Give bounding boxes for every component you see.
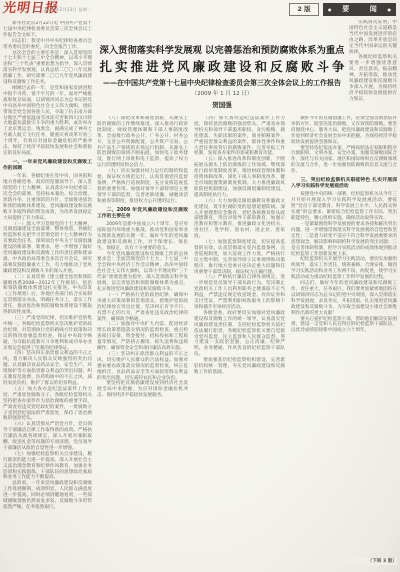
section-heading: 一、一年来党风廉政建设和反腐败工作的回顾 (3, 160, 92, 172)
section-heading: 二、2009 年党风廉政建设和反腐败工作的主要任务 (97, 208, 188, 220)
body-paragraph: 要坚持把反腐倡廉建设放到经济社会发展全局中来把握，为应对国际金融危机冲击、保持经… (97, 381, 188, 399)
body-paragraph: （二）认真贯彻《建立健全惩治和预防腐败体系2008—2012年工作规划》，惩治和… (3, 275, 92, 316)
body-paragraph: （三）严肃党的纪律，切实维护党的集中统一。各级纪检监察机关坚决维护党的政治纪律，… (3, 316, 92, 351)
edition-badge: 2 版 (289, 3, 319, 16)
section-badge: ● 要 闻 ● (323, 3, 396, 16)
column-2: （八）深化改革和制度创新，从源头上防治腐败的工作继续推进。深入推进行政审批制度、… (97, 116, 188, 566)
body-paragraph: 做好今年的反腐倡廉工作，必须全面贯彻惩防并举的方针，既坚决惩治腐败，又有效预防腐… (291, 116, 397, 146)
right-sidebar-column: 实践再次证明，中国特色社会主义道路是当代中国发展进步的必由之路，改革开放是决定当… (349, 20, 397, 126)
body-paragraph: 2009年是新中国成立六十周年，是应对国际国内环境重大挑战、推动党和国家事业实现… (97, 222, 188, 252)
body-paragraph: （四）坚决纠正损害群众利益的不正之风，着力解决人民群众反映强烈的突出问题。认真解… (3, 351, 92, 386)
body-paragraph: 同志们：我受中共中央纪律检查委员会常务委员会的委托，向全会报告工作。 (3, 39, 92, 51)
body-paragraph: （一）深入学习贯彻党的十七大精神，反腐倡廉建设全面部署、整体推进。各级纪检监察机… (3, 222, 92, 275)
body-paragraph: （五）深入推进改革和制度创新，不断拓展从源头上防治腐败的工作领域。继续深化行政审… (194, 157, 285, 198)
body-paragraph: 新华社北京2月22日电 中国共产党第十七届中央纪律检查委员会第三次全体会议工作报… (3, 21, 92, 39)
body-paragraph: 要加强基层纪检监察组织建设，完善派驻机构统一管理，夯实党风廉政建设和反腐败工作的… (194, 358, 285, 376)
body-paragraph: 一年来，各级纪委在党中央、国务院和地方各级党委、政府的坚强领导下，深入贯彻党的十… (3, 174, 92, 221)
column-1: 新华社北京2月22日电 中国共产党第十七届中央纪律检查委员会第三次全体会议工作报… (3, 21, 92, 567)
section-badge-label: 要 闻 (333, 3, 385, 16)
headline-line2: 扎实推进党风廉政建设和反腐败斗争 (96, 58, 348, 75)
headline-subtitle: ——在中国共产党第十七届中央纪律检查委员会第三次全体会议上的工作报告 (96, 79, 348, 88)
body-paragraph: （七）加强监督制度建设，切实提高监督的实效。认真贯彻落实党内监督条例，完善巡视制… (194, 240, 285, 275)
body-paragraph: （二）加强对中央扩大内需、促进经济增长政策措施落实情况的监督检查。重点检查项目安… (97, 322, 188, 352)
newspaper-page: 光明日报 2009年2月23日 星期一 2 版 ● 要 闻 ● 新华社北京2月2… (0, 0, 400, 572)
body-paragraph: 要坚持依纪依法办案，严格按照法定权限和程序行使职权，文明办案、安全办案。加强反腐… (291, 146, 397, 176)
body-paragraph: 各级纪检监察机关要进一步增强忧患意识、责任意识，振奋精神，开拓进取，推动党风廉政… (349, 55, 397, 102)
body-paragraph: 同志们，做好今年的党风廉政建设和反腐败工作，责任重大，任务艰巨。我们要更加紧密地… (291, 281, 397, 316)
masthead-dateline: 2009年2月23日 星期一 (44, 7, 91, 13)
body-paragraph: 这次全会的主要任务是：深入贯彻党的十七大和十七届三中全会精神，以邓小平理论和“三… (3, 51, 92, 86)
continuation-note: （下转 3 版） (344, 558, 397, 565)
badge-dot-left-icon: ● (328, 3, 332, 16)
headline-line1: 深入贯彻落实科学发展观 以完善惩治和预防腐败体系为重点 (96, 44, 348, 57)
headline-date: （2009 年 1 月 12 日） (96, 91, 348, 98)
body-paragraph: 一是紧紧围绕科学发展观的要求查找和解决突出问题，进一步增强贯彻落实科学发展观的自… (291, 222, 397, 257)
body-paragraph: （三）坚决纠正损害群众利益的不正之风，切实维护人民群众的合法权益。加强对强农惠农… (97, 352, 188, 382)
body-paragraph: （五）加大查办违纪违法案件工作力度，严肃惩处腐败分子。各级纪检监察机关坚持把查办… (3, 387, 92, 422)
body-paragraph: （七）加强纪检监察机关自身建设，履行职责的能力进一步提高。深入开展社会主义法治理… (3, 452, 92, 482)
headline-block: 深入贯彻落实科学发展观 以完善惩治和预防腐败体系为重点 扎实推进党风廉政建设和反… (96, 44, 348, 109)
body-paragraph: （八）严格执行廉洁自律各项规定，进一步规范党员领导干部从政行为。坚决制止党政机关… (194, 275, 285, 310)
body-paragraph: （六）大力加强反腐倡廉教育和廉政文化建设，筑牢拒腐防变的思想道德防线。深入开展理… (194, 199, 285, 240)
headline-author: 贺国强 (96, 101, 348, 109)
body-paragraph: （一）严格执行党的政治纪律，确保中央重大决策部署的贯彻落实。把维护党的政治纪律放… (97, 293, 188, 323)
badge-dot-right-icon: ● (388, 3, 392, 16)
body-paragraph: 刚刚过去的一年，是党和国家发展进程中很不寻常、很不平凡的一年。面对严峻挑战和复杂… (3, 86, 92, 157)
body-paragraph: （四）加大查办违纪违法案件工作力度，保持惩治腐败的强劲势头。严肃查办领导机关和领… (194, 116, 285, 157)
body-paragraph: 要关心爱护纪检监察干部，帮助他们解决实际困难，建设一支党和人民信得过的纪检监察干… (291, 317, 397, 335)
body-paragraph: 纪检监察机关开展学习实践活动，要切实加强组织领导，落实工作责任，统筹兼顾、合理安… (291, 257, 397, 281)
body-paragraph: 总的看，一年来党风廉政建设和反腐败工作进展顺利、成效明显，人民群众满意度进一步提… (3, 481, 92, 511)
body-paragraph: （九）切实加强对权力运行的制约和监督，保证权力规范运行。认真贯彻党内监督条例，严… (97, 169, 188, 204)
body-paragraph: （六）认真贯彻从严治党方针，党员领导干部廉洁自律工作取得新的成效。严格执行廉洁从… (3, 422, 92, 452)
column-3: （四）加大查办违纪违法案件工作力度，保持惩治腐败的强劲势头。严肃查办领导机关和领… (194, 116, 285, 566)
section-heading: 三、突出纪检监察机关职能特色 扎实开展深入学习实践科学发展观活动 (291, 178, 397, 190)
body-paragraph: （八）深化改革和制度创新，从源头上防治腐败的工作继续推进。深入推进行政审批制度、… (97, 116, 188, 169)
body-paragraph: 各级党委、政府要切实加强对党风廉政建设和反腐败工作的统一领导，认真落实党风廉政建… (194, 311, 285, 358)
body-paragraph: 今年党风廉政建设和反腐败工作的总体要求是：全面贯彻党的十七大、十七届三中全会和中… (97, 252, 188, 293)
column-4: 做好今年的反腐倡廉工作，必须全面贯彻惩防并举的方针，既坚决惩治腐败，又有效预防腐… (291, 116, 397, 566)
body-paragraph: 实践再次证明，中国特色社会主义道路是当代中国发展进步的必由之路，改革开放是决定当… (349, 20, 397, 55)
body-paragraph: 按照党中央的统一部署，纪检监察机关从今年三月开始开展深入学习实践科学发展观活动。… (291, 192, 397, 222)
